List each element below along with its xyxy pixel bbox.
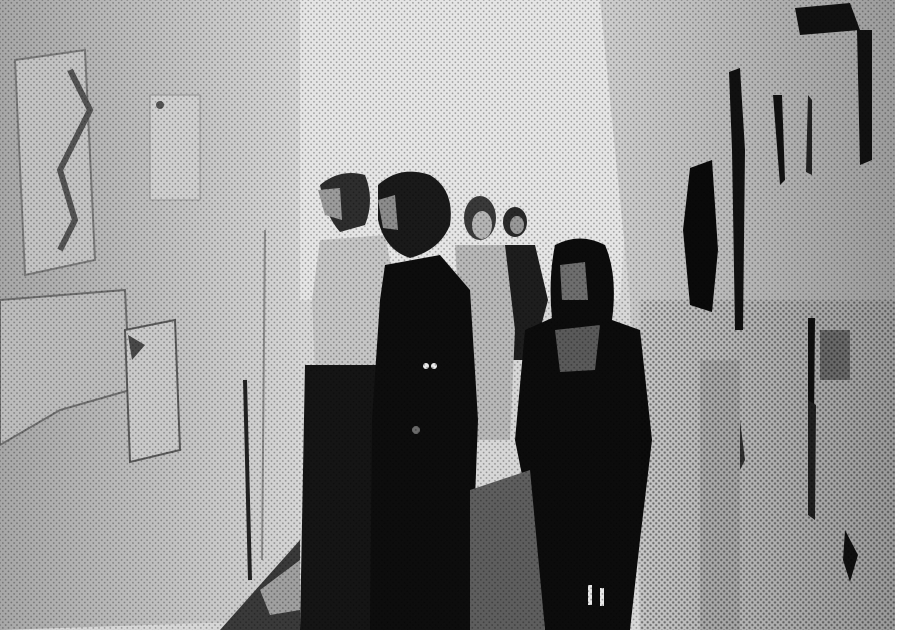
halftone-photograph	[0, 0, 899, 637]
paper-border	[895, 0, 899, 637]
halftone-texture-dark	[640, 300, 895, 630]
paper-border	[0, 630, 899, 637]
